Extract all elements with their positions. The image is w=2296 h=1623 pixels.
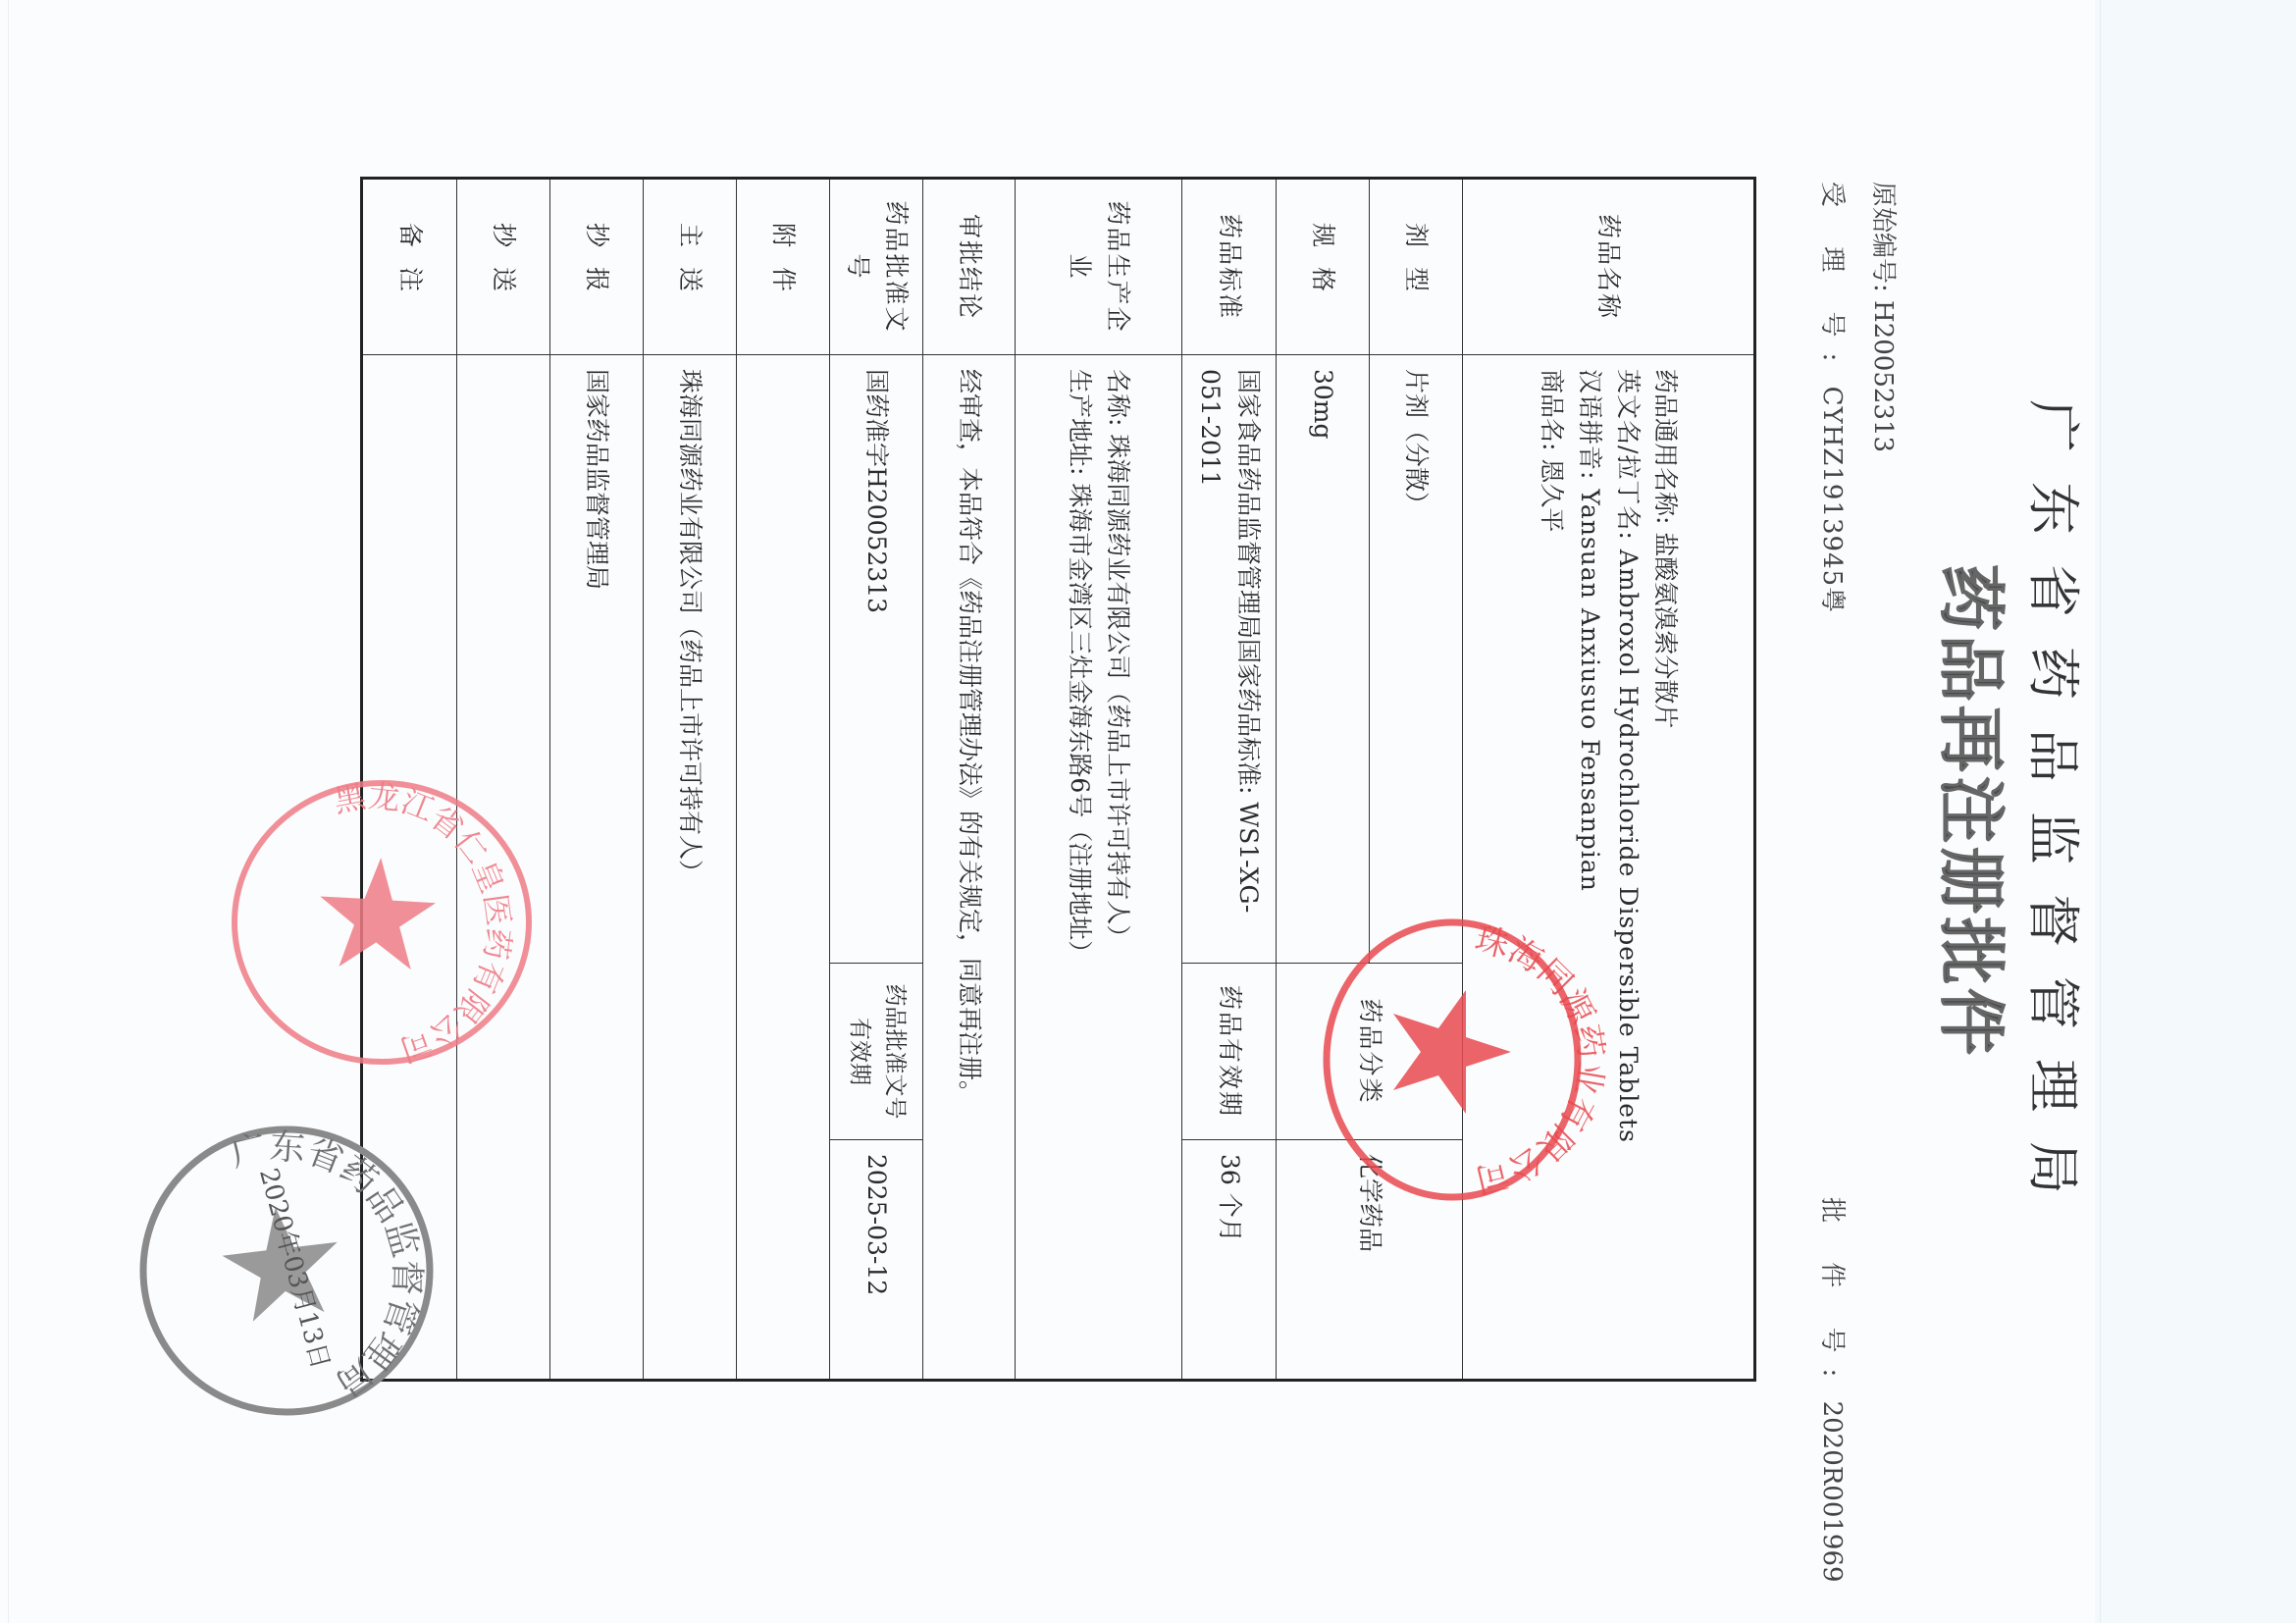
- approval-number: 批 件 号: 2020R001969: [1816, 1197, 1852, 1583]
- company-seal-graphic: 珠海同源药业有限公司: [1320, 913, 1585, 1207]
- label-report-to: 抄报: [550, 179, 644, 355]
- label-specification: 规格: [1277, 179, 1370, 355]
- generic-name: 药品通用名称: 盐酸氨溴索分散片: [1646, 369, 1685, 1365]
- acceptance-number-label: 受 理 号:: [1817, 182, 1847, 377]
- manufacturer-address: 生产地址: 珠海市金湾区三灶金海东路6号（注册地址）: [1061, 369, 1099, 1365]
- label-drug-name: 药品名称: [1463, 179, 1755, 355]
- label-dosage-form: 剂型: [1370, 179, 1463, 355]
- label-manufacturer: 药品生产企业: [1016, 179, 1182, 355]
- company-seal: 珠海同源药业有限公司: [1320, 913, 1585, 1207]
- pinyin-name: 汉语拼音: Yansuan Anxiusuo Fensanpian: [1570, 369, 1608, 1365]
- table-row-standard: 药品标准 国家食品药品监督管理局国家药品标准: WS1-XG-051-2011 …: [1182, 179, 1277, 1381]
- value-standard: 国家食品药品监督管理局国家药品标准: WS1-XG-051-2011: [1182, 355, 1277, 964]
- label-attachment: 附件: [737, 179, 830, 355]
- value-shelf-life: 36 个月: [1182, 1140, 1277, 1381]
- table-row-main-recipient: 主送 珠海同源药业有限公司（药品上市许可持有人）: [644, 179, 737, 1381]
- label-approval-doc: 药品批准文号: [830, 179, 923, 355]
- english-name: 英文名/拉丁名: Ambroxol Hydrochloride Dispersi…: [1608, 369, 1646, 1365]
- table-row-report-to: 抄报 国家药品监督管理局: [550, 179, 644, 1381]
- authority-seal-graphic: 广东省药品监督管理局 2020年03月13日: [137, 1124, 437, 1418]
- approval-number-value: 2020R001969: [1817, 1401, 1847, 1583]
- value-approval-validity: 2025-03-12: [830, 1140, 923, 1381]
- value-approval-doc: 国药准字H20052313: [830, 355, 923, 964]
- table-row-manufacturer: 药品生产企业 名称: 珠海同源药业有限公司（药品上市许可持有人） 生产地址: 珠…: [1016, 179, 1182, 1381]
- value-conclusion: 经审查，本品符合《药品注册管理办法》的有关规定，同意再注册。: [923, 355, 1016, 1381]
- star-icon: [1393, 990, 1511, 1114]
- original-number-value: H20052313: [1868, 300, 1898, 452]
- manufacturer-name: 名称: 珠海同源药业有限公司（药品上市许可持有人）: [1099, 369, 1137, 1365]
- value-manufacturer: 名称: 珠海同源药业有限公司（药品上市许可持有人） 生产地址: 珠海市金湾区三灶…: [1016, 355, 1182, 1381]
- label-copy-to: 抄送: [457, 179, 550, 355]
- value-report-to: 国家药品监督管理局: [550, 355, 644, 1381]
- issuing-organization: 广东省药品监督管理局: [2019, 0, 2095, 1623]
- table-row-approval-doc: 药品批准文号 国药准字H20052313 药品批准文号有效期 2025-03-1…: [830, 179, 923, 1381]
- table-row-attachment: 附件: [737, 179, 830, 1381]
- label-conclusion: 审批结论: [923, 179, 1016, 355]
- hospital-seal-graphic: 黑龙江省仁皇医药有限公司: [228, 775, 537, 1070]
- value-dosage-form: 片剂（分散）: [1370, 355, 1463, 964]
- value-drug-name: 药品通用名称: 盐酸氨溴索分散片 英文名/拉丁名: Ambroxol Hydro…: [1463, 355, 1755, 1381]
- label-remarks: 备注: [362, 179, 457, 355]
- acceptance-number: 受 理 号: CYHZ1913945粤: [1816, 182, 1852, 613]
- table-row-conclusion: 审批结论 经审查，本品符合《药品注册管理办法》的有关规定，同意再注册。: [923, 179, 1016, 1381]
- authority-seal: 广东省药品监督管理局 2020年03月13日: [137, 1124, 437, 1418]
- approval-number-label: 批 件 号:: [1817, 1197, 1847, 1392]
- original-number: 原始编号: H20052313: [1867, 182, 1904, 452]
- trade-name: 商品名: 恩久平: [1533, 369, 1571, 1365]
- value-specification: 30mg: [1277, 355, 1370, 964]
- label-main-recipient: 主送: [644, 179, 737, 355]
- label-approval-validity: 药品批准文号有效期: [830, 964, 923, 1140]
- document-title: 药品再注册批件: [1928, 0, 2023, 1623]
- label-shelf-life: 药品有效期: [1182, 964, 1277, 1140]
- hospital-seal: 黑龙江省仁皇医药有限公司: [228, 775, 537, 1070]
- value-main-recipient: 珠海同源药业有限公司（药品上市许可持有人）: [644, 355, 737, 1381]
- original-number-label: 原始编号:: [1868, 182, 1898, 292]
- label-standard: 药品标准: [1182, 179, 1277, 355]
- star-icon: [315, 847, 451, 987]
- value-attachment: [737, 355, 830, 1381]
- acceptance-number-value: CYHZ1913945粤: [1817, 387, 1847, 614]
